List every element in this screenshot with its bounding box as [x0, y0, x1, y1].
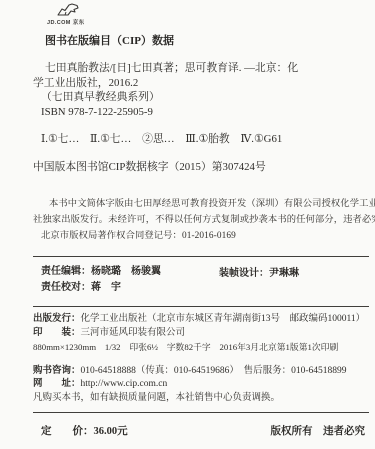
jd-joy-dog-icon: [55, 3, 81, 17]
footer-row: 定 价：36.00元 版权所有 违者必究: [33, 423, 369, 438]
print-format-line: 880mm×1230mm 1/32 印张6½ 字数82千字 2016年3月北京第…: [33, 341, 369, 355]
copyright-page: JD.COM 京东 图书在版编目（CIP）数据 七田真胎教法/[日]七田真著；思…: [0, 0, 375, 449]
copyright-line2: 社独家出版发行。未经许可，不得以任何方式复制或抄袭本书的任何部分，违者必究。: [33, 212, 369, 228]
printer-label: 印 装：: [33, 328, 81, 338]
website-label: 网 址：: [33, 379, 81, 389]
publisher-label: 出版发行：: [33, 314, 81, 324]
exchange-notice: 凡购买本书，如有缺损质量问题，本社销售中心负责调换。: [33, 392, 369, 406]
copyright-registration: 北京市版权局著作权合同登记号：01-2016-0169: [33, 228, 369, 244]
publishing-section: 出版发行：化学工业出版社（北京市东城区青年湖南街13号 邮政编码100011） …: [33, 307, 369, 405]
purchase-label: 购书咨询：: [33, 366, 81, 376]
cip-series: （七田真早教经典系列）: [33, 90, 369, 105]
divider-bottom: [33, 412, 369, 413]
purchase-line: 购书咨询：010-64518888（传真：010-64519686） 售后服务：…: [33, 365, 369, 379]
credits-section: 责任编辑：杨晓璐 杨骏翼 责任校对：蒋 宇 装帧设计：尹琳琳: [33, 257, 369, 302]
cip-title-line1: 七田真胎教法/[日]七田真著；思可教育译. —北京：化: [33, 61, 369, 76]
printer-value: 三河市延风印装有限公司: [81, 328, 186, 338]
rights-statement: 版权所有 违者必究: [271, 423, 370, 438]
credits-left-column: 责任编辑：杨晓璐 杨骏翼 责任校对：蒋 宇: [41, 264, 161, 296]
proofreader-credit: 责任校对：蒋 宇: [41, 280, 161, 296]
purchase-value: 010-64518888（传真：010-64519686） 售后服务：010-6…: [81, 366, 347, 376]
copyright-line1: 本书中文简体字版由七田厚经思可教育投资开发（深圳）有限公司授权化学工业出版: [33, 196, 369, 212]
jd-logo: JD.COM 京东: [47, 3, 369, 27]
designer-credit: 装帧设计：尹琳琳: [219, 264, 299, 279]
editor-credit: 责任编辑：杨晓璐 杨骏翼: [41, 264, 161, 280]
cip-header: 图书在版编目（CIP）数据: [45, 32, 369, 48]
cip-block: 七田真胎教法/[日]七田真著；思可教育译. —北京：化 学工业出版社，2016.…: [33, 61, 369, 174]
printer-line: 印 装：三河市延风印装有限公司: [33, 327, 369, 341]
copyright-notice: 本书中文简体字版由七田厚经思可教育投资开发（深圳）有限公司授权化学工业出版 社独…: [33, 196, 369, 244]
publisher-value: 化学工业出版社（北京市东城区青年湖南街13号 邮政编码100011）: [81, 314, 366, 324]
contact-block: 购书咨询：010-64518888（传真：010-64519686） 售后服务：…: [33, 365, 369, 406]
cip-classification: Ⅰ.①七… Ⅱ.①七… ②思… Ⅲ.①胎教 Ⅳ.①G61: [33, 132, 369, 147]
cip-title-line2: 学工业出版社，2016.2: [33, 76, 369, 91]
cip-isbn: ISBN 978-7-122-25905-9: [33, 105, 369, 120]
publisher-line: 出版发行：化学工业出版社（北京市东城区青年湖南街13号 邮政编码100011）: [33, 313, 369, 327]
website-value: http://www.cip.com.cn: [81, 379, 168, 389]
price: 定 价：36.00元: [41, 423, 128, 438]
credits-right-column: 装帧设计：尹琳琳: [219, 264, 369, 296]
cip-record-number: 中国版本图书馆CIP数据核字（2015）第307424号: [33, 160, 369, 175]
jd-brand-text: JD.COM 京东: [47, 18, 369, 26]
website-line: 网 址：http://www.cip.com.cn: [33, 378, 369, 392]
